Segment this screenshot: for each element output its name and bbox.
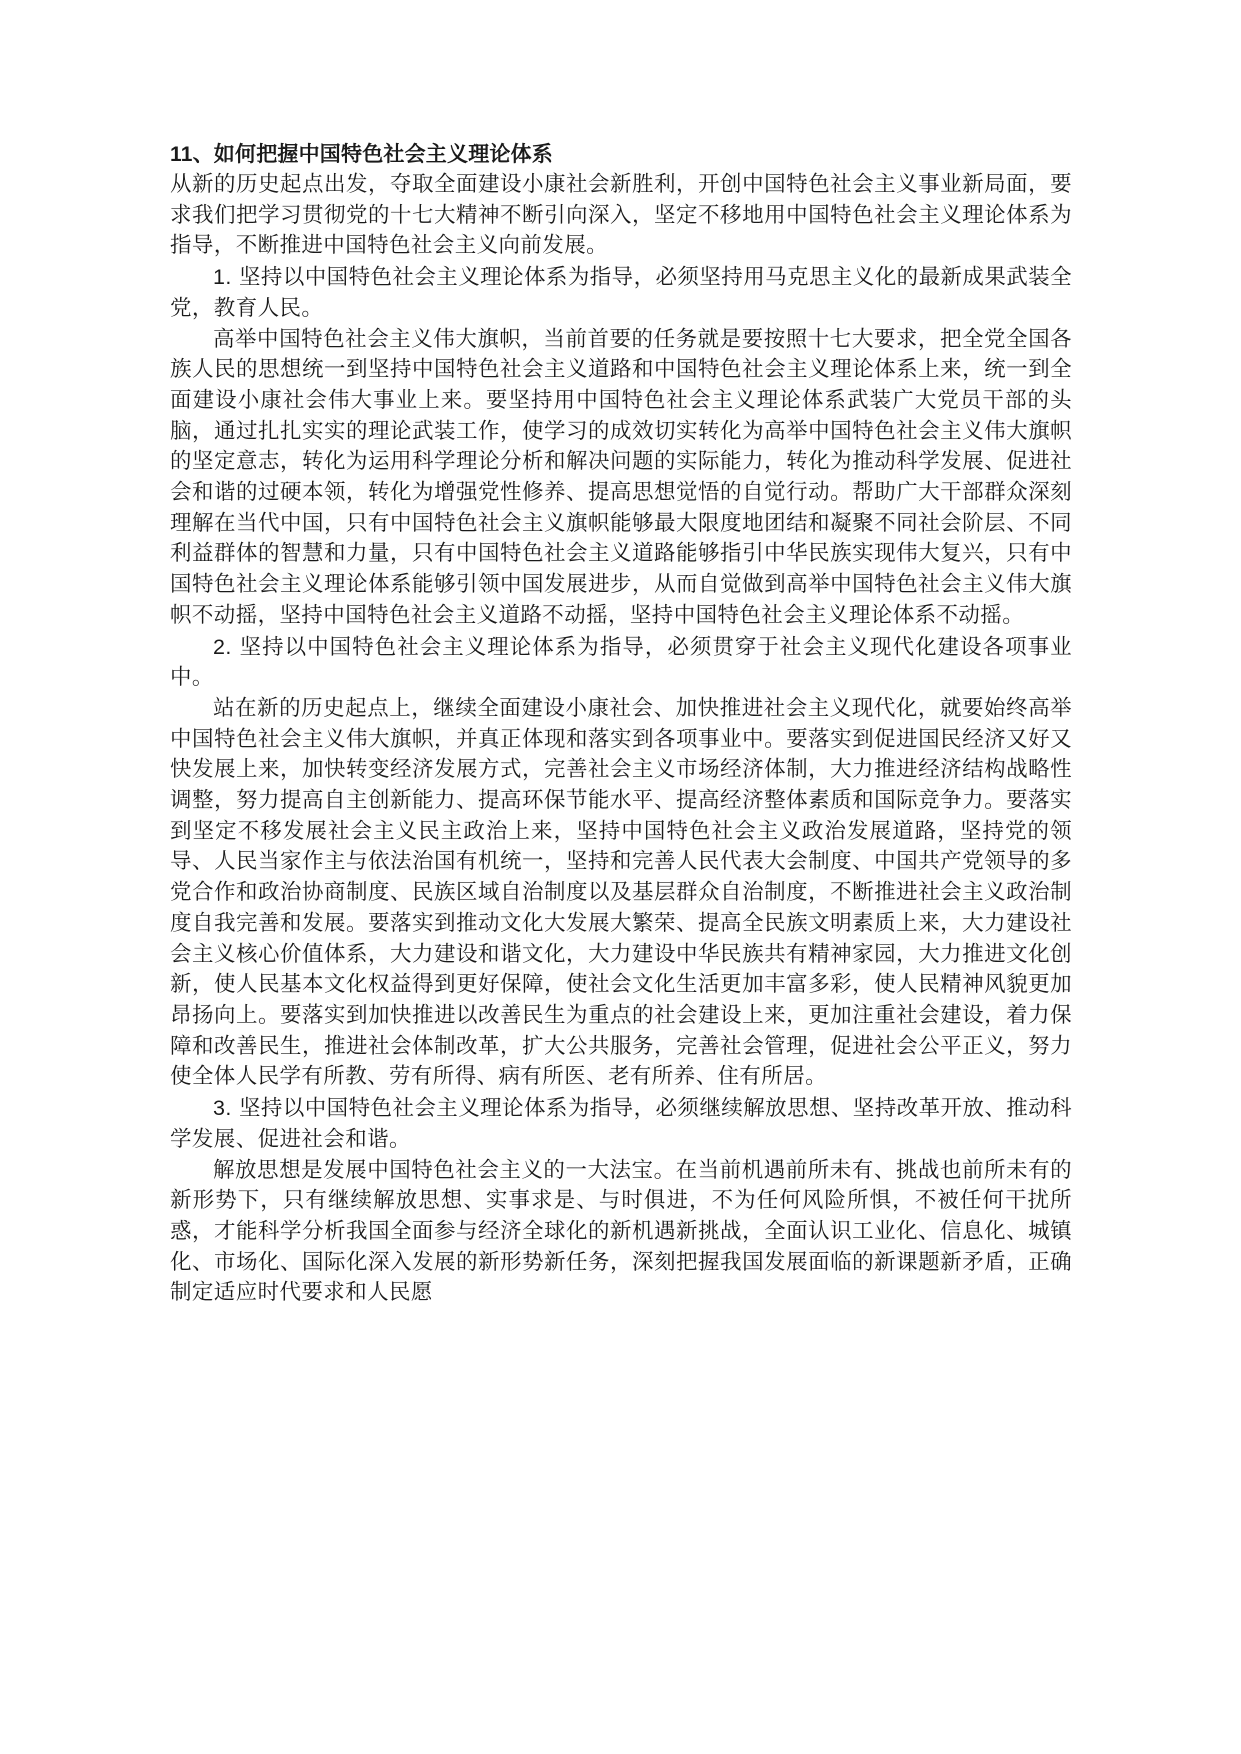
point-heading-1: 1. 坚持以中国特色社会主义理论体系为指导，必须坚持用马克思主义化的最新成果武装…	[170, 262, 1072, 324]
point-number: 1.	[213, 265, 232, 289]
point-number: 2.	[213, 635, 232, 659]
body-paragraph: 高举中国特色社会主义伟大旗帜，当前首要的任务就是要按照十七大要求，把全党全国各族…	[170, 325, 1072, 632]
document-title: 11、如何把握中国特色社会主义理论体系	[170, 140, 1072, 170]
document-page: 11、如何把握中国特色社会主义理论体系 从新的历史起点出发，夺取全面建设小康社会…	[170, 140, 1072, 1309]
point-number: 3.	[213, 1096, 232, 1120]
intro-paragraph: 从新的历史起点出发，夺取全面建设小康社会新胜利，开创中国特色社会主义事业新局面，…	[170, 170, 1072, 262]
body-paragraph: 解放思想是发展中国特色社会主义的一大法宝。在当前机遇前所未有、挑战也前所未有的新…	[170, 1156, 1072, 1310]
point-text: 坚持以中国特色社会主义理论体系为指导，必须贯穿于社会主义现代化建设各项事业中。	[170, 635, 1072, 691]
point-text: 坚持以中国特色社会主义理论体系为指导，必须继续解放思想、坚持改革开放、推动科学发…	[170, 1096, 1072, 1152]
point-heading-3: 3. 坚持以中国特色社会主义理论体系为指导，必须继续解放思想、坚持改革开放、推动…	[170, 1093, 1072, 1155]
point-text: 坚持以中国特色社会主义理论体系为指导，必须坚持用马克思主义化的最新成果武装全党，…	[170, 265, 1072, 321]
body-paragraph: 站在新的历史起点上，继续全面建设小康社会、加快推进社会主义现代化，就要始终高举中…	[170, 694, 1072, 1093]
point-heading-2: 2. 坚持以中国特色社会主义理论体系为指导，必须贯穿于社会主义现代化建设各项事业…	[170, 632, 1072, 694]
